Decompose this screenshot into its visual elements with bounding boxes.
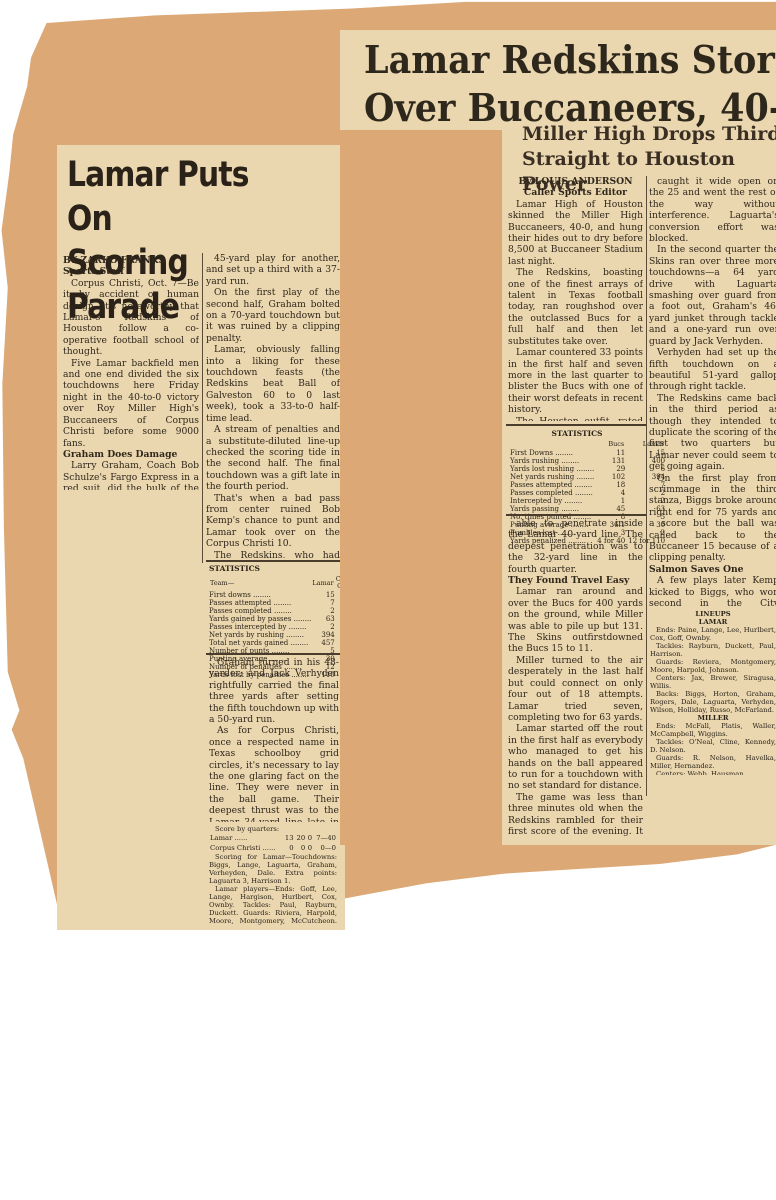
paragraph: Ends: McFall, Platis, Waller, McCampbell…: [650, 722, 776, 738]
paragraph: Corpus Christi, Oct. 7—Be it by accident…: [63, 278, 199, 358]
stat-row: Passes attempted ........718: [209, 599, 360, 607]
paragraph: Backs: Biggs, Horton, Graham, Rogers, Da…: [650, 690, 776, 714]
right-headline: Lamar Redskins Storm Over Buccaneers, 40…: [364, 36, 750, 132]
stat-row: Yards rushing ........131400: [510, 457, 665, 465]
paragraph: Guards: R. Nelson, Havelka, Miller, Hern…: [650, 754, 776, 770]
paragraph: Lamar players—Ends: Goff, Lee, Lange, Ha…: [209, 885, 337, 925]
paragraph: As for Corpus Christi, once a respected …: [209, 725, 339, 822]
right-column-1-continued: able to penetrate inside the Lamar 40-ya…: [508, 518, 643, 838]
paragraph: Centers: Jax, Brewer, Siragusa, Willis.: [650, 674, 776, 690]
clipping-cutout: [340, 130, 502, 845]
paragraph: That's when a bad pass from center ruine…: [206, 493, 340, 550]
paragraph: Centers: Webb, Hausman.: [650, 770, 776, 775]
byline-role: Caller Sports Editor: [508, 187, 643, 198]
byline: BY ZARKO FRANKS: [63, 255, 199, 266]
byline: By LOUIS ANDERSON: [508, 176, 643, 187]
paragraph: able to penetrate inside the Lamar 40-ya…: [508, 518, 643, 575]
score-row: Lamar ......132007—40: [209, 833, 337, 843]
divider: [206, 653, 340, 655]
left-clipping: Lamar Puts On Scoring Parade BY ZARKO FR…: [57, 145, 345, 930]
stat-row: Passes completed ........24: [209, 607, 360, 615]
paragraph: Tackles: O'Neal, Cline, Kennedy, D. Nels…: [650, 738, 776, 754]
paragraph: Lamar ran around and over the Bucs for 4…: [508, 586, 643, 654]
column-rule: [646, 176, 647, 796]
stat-row: Net yards by rushing ........394102: [209, 631, 360, 639]
stat-row: Total net yards gained ........457147: [209, 639, 360, 647]
lineups: LINEUPS LAMAR Ends: Paine, Lange, Lee, H…: [650, 610, 776, 775]
paragraph: The Redskins came back in the third peri…: [649, 393, 776, 473]
stat-row: First downs ........1511: [209, 591, 360, 599]
box-score: Score by quarters: Lamar ......132007—40…: [209, 825, 337, 925]
paragraph: Ends: Paine, Lange, Lee, Hurlbert, Cox, …: [650, 626, 776, 642]
paragraph: On the first play of the second half, Gr…: [206, 287, 340, 344]
right-column-1: By LOUIS ANDERSON Caller Sports Editor L…: [508, 176, 643, 421]
paragraph: Scoring for Lamar—Touchdowns: Biggs, Lan…: [209, 853, 337, 885]
paragraph: Lamar, obviously falling into a liking f…: [206, 344, 340, 424]
paragraph: Tackles: Rayburn, Duckett, Paul, Harriso…: [650, 642, 776, 658]
stat-row: Passes attempted ........187: [510, 481, 665, 489]
stat-row: Passes intercepted by ........21: [209, 623, 360, 631]
divider: [206, 560, 340, 562]
byline-role: Sports Staff: [63, 266, 199, 277]
left-column-1: BY ZARKO FRANKS Sports Staff Corpus Chri…: [63, 255, 199, 490]
subhead: Graham Does Damage: [63, 449, 199, 460]
paragraph: Lamar countered 33 points in the first h…: [508, 347, 643, 415]
stat-row: Intercepted by ........12: [510, 497, 665, 505]
paragraph: 45-yard play for another, and set up a t…: [206, 253, 340, 287]
stat-row: Yards gained by passes ........6348: [209, 615, 360, 623]
paragraph: The Houston outfit, rated co-favorites t…: [508, 416, 643, 421]
paragraph: The Redskins, boasting one of the finest…: [508, 267, 643, 347]
stat-row: Net yards rushing ........102394: [510, 473, 665, 481]
paragraph: Graham turned in his 48-yarder; and Jack…: [209, 657, 339, 725]
stat-row: Yards passing ........4563: [510, 505, 665, 513]
stat-row: Yards lost rushing ........296: [510, 465, 665, 473]
paragraph: Lamar High of Houston skinned the Miller…: [508, 199, 643, 267]
left-column-2-continued: Graham turned in his 48-yarder; and Jack…: [209, 657, 339, 822]
paragraph: Lamar started off the rout in the first …: [508, 723, 643, 791]
right-column-2: caught it wide open on the 25 and went t…: [649, 176, 776, 606]
paragraph: Five Lamar backfield men and one end div…: [63, 358, 199, 449]
paragraph: In the second quarter the Skins ran over…: [649, 244, 776, 347]
stat-row: First Downs ........1115: [510, 449, 665, 457]
stat-row: Passes completed ........42: [510, 489, 665, 497]
paragraph: Guards: Reviera, Montgomery, Moore, Harp…: [650, 658, 776, 674]
score-row: Corpus Christi ......0000—0: [209, 843, 337, 853]
score-by-quarters: Lamar ......132007—40Corpus Christi ....…: [209, 833, 337, 853]
paragraph: caught it wide open on the 25 and went t…: [649, 176, 776, 244]
paragraph: A stream of penalties and a substitute-d…: [206, 424, 340, 492]
divider: [506, 514, 646, 516]
paragraph: The game was less than three minutes old…: [508, 792, 643, 838]
paragraph: Miller turned to the air desperately in …: [508, 655, 643, 723]
paragraph: Verhyden had set up the fifth touchdown …: [649, 347, 776, 393]
left-column-2: 45-yard play for another, and set up a t…: [206, 253, 340, 558]
paragraph: A few plays later Kemp kicked to Biggs, …: [649, 575, 776, 606]
paragraph: Larry Graham, Coach Bob Schulze's Fargo …: [63, 460, 199, 490]
paragraph: On the first play from scrimmage in the …: [649, 473, 776, 564]
column-rule: [202, 253, 203, 563]
paragraph: The Redskins, who had blown two fat scor…: [206, 550, 340, 558]
divider: [506, 424, 646, 426]
